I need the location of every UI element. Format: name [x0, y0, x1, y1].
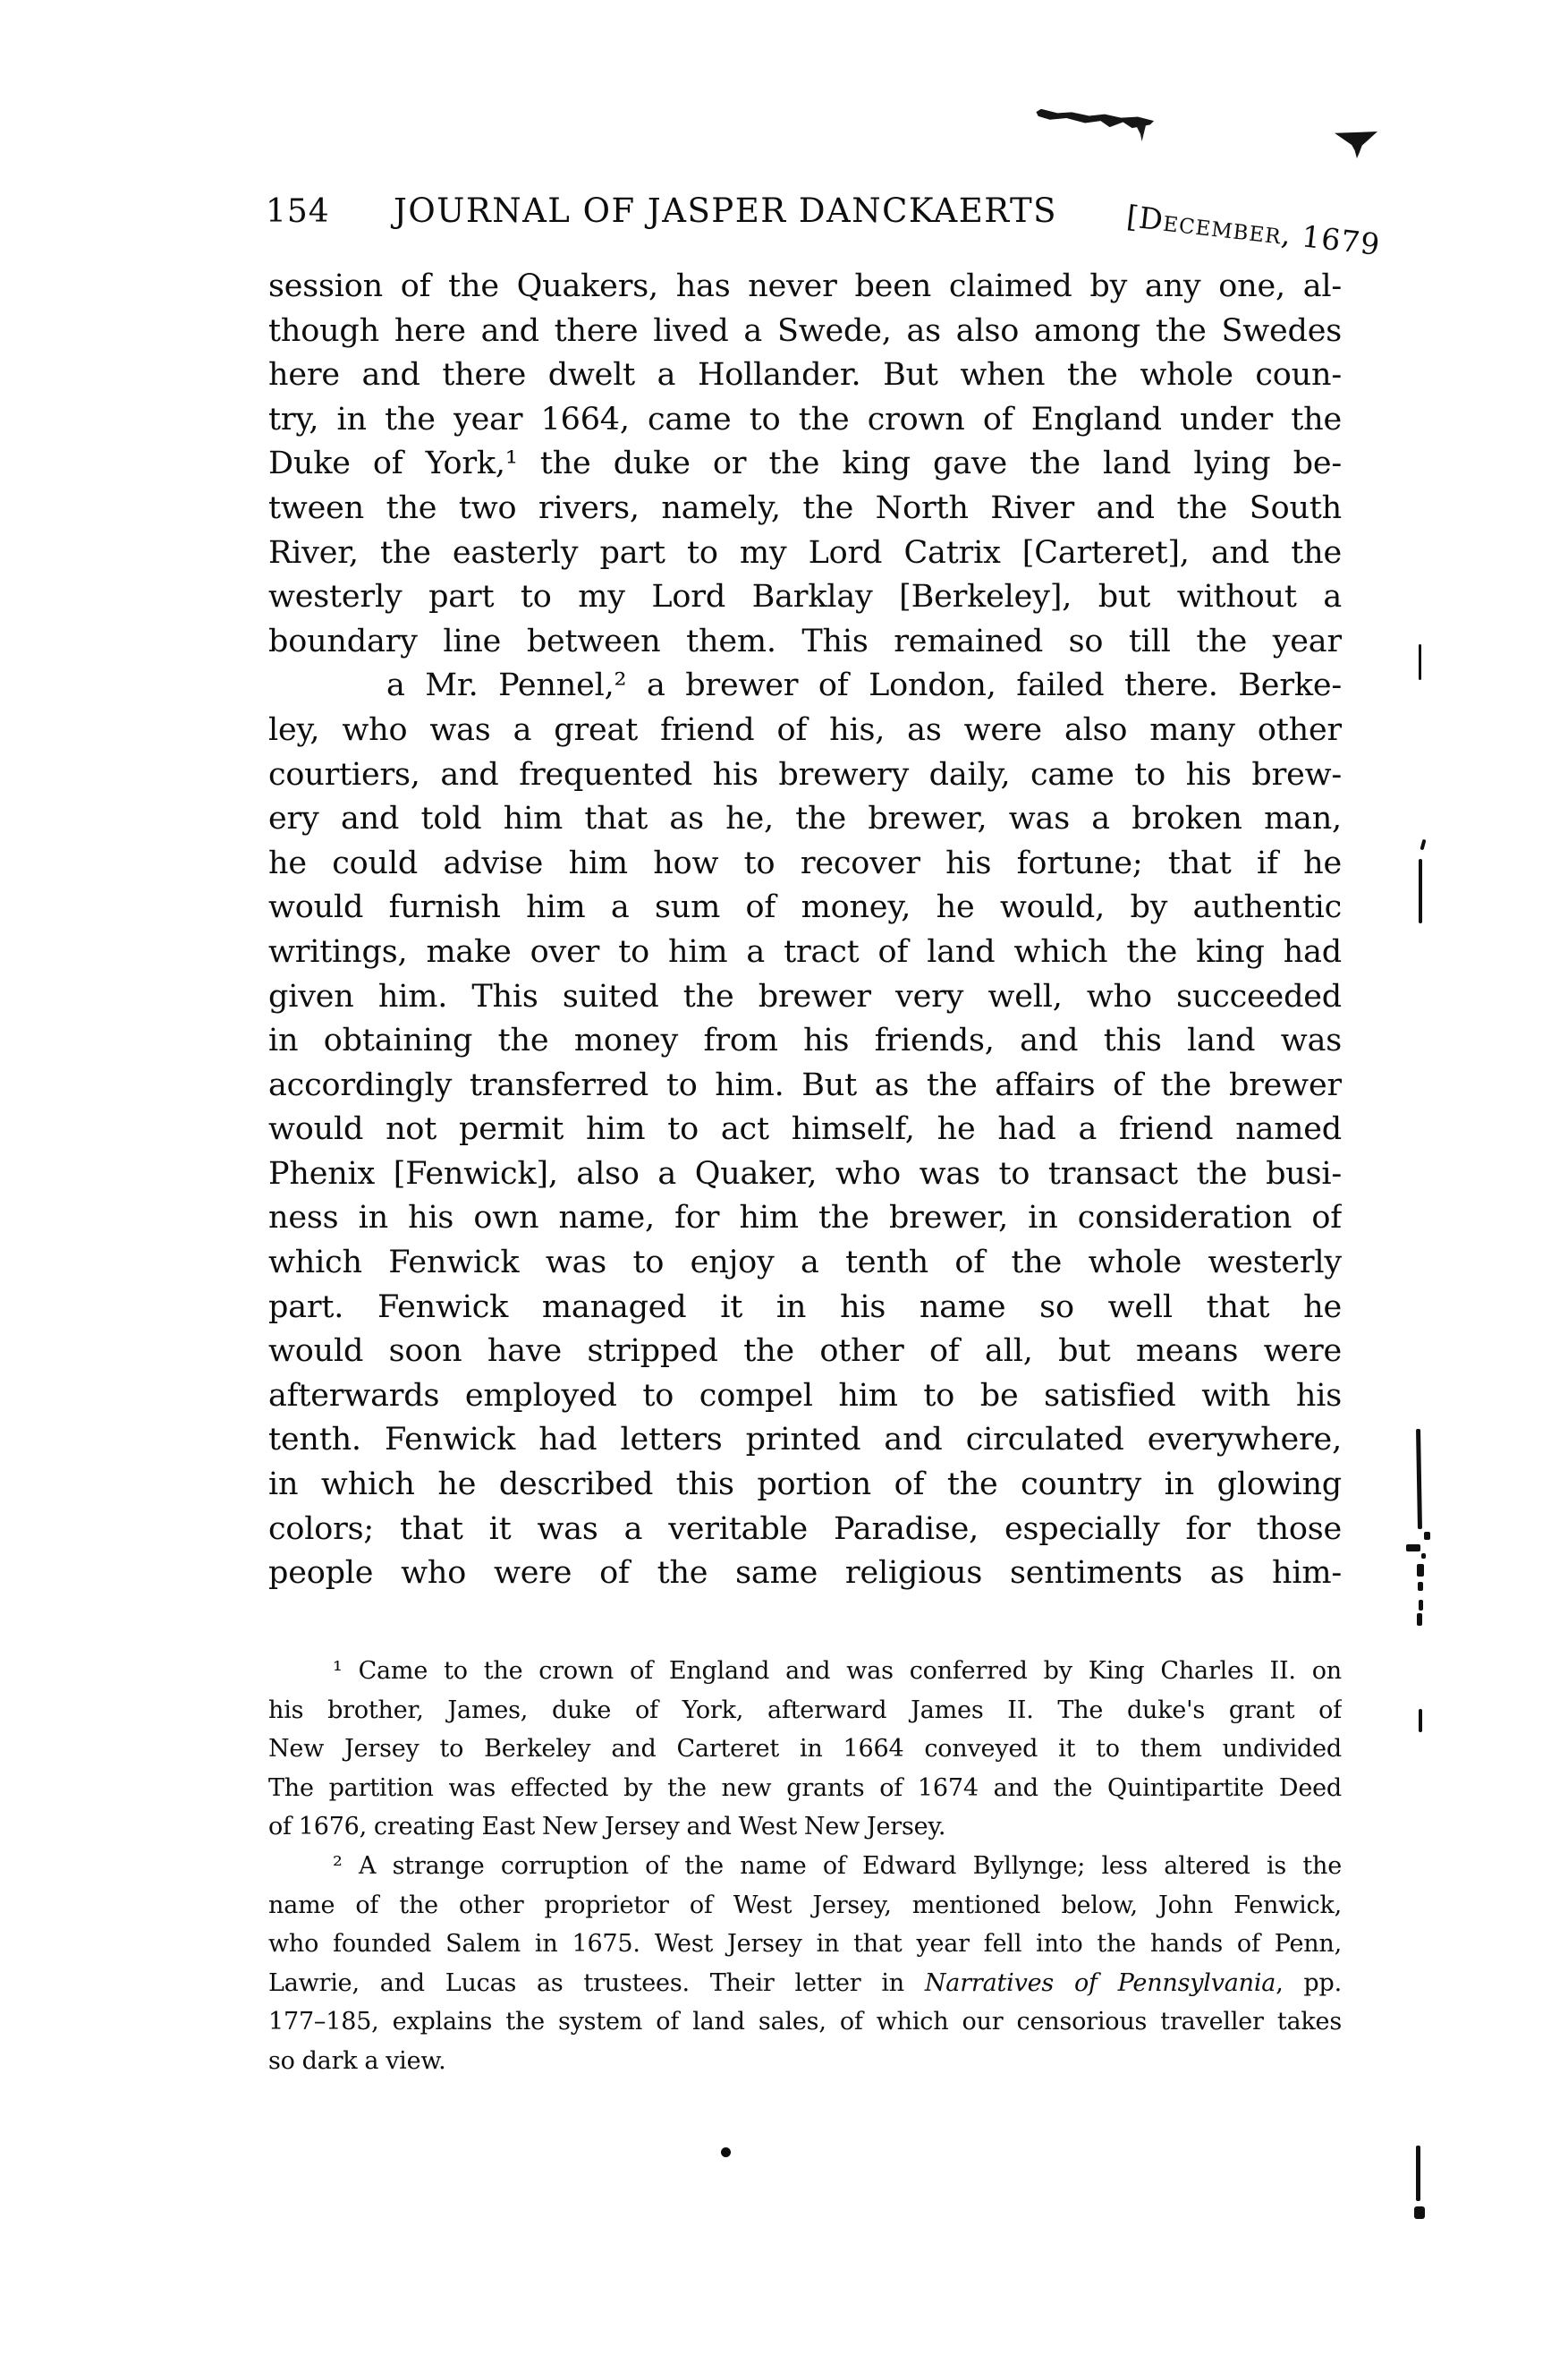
- body-line: in obtaining the money from his friends,…: [268, 1019, 1342, 1064]
- footnote-line: name of the other proprietor of West Jer…: [268, 1886, 1342, 1925]
- footnote-text: , pp.: [1276, 1969, 1342, 1997]
- ink-speck: [1406, 1544, 1420, 1551]
- ink-mark: [1416, 1429, 1422, 1529]
- body-line: tween the two rivers, namely, the North …: [268, 487, 1342, 531]
- ink-blot-triangle: [1335, 132, 1377, 158]
- footnote-line: ² A strange corruption of the name of Ed…: [268, 1847, 1342, 1886]
- ink-speck: [1418, 1582, 1423, 1591]
- body-line: boundary line between them. This remaine…: [268, 620, 1342, 665]
- ink-smudge-drip: [1136, 125, 1146, 141]
- footnote-line: New Jersey to Berkeley and Carteret in 1…: [268, 1730, 1342, 1769]
- header-date: [December, 1679: [1125, 199, 1383, 262]
- body-line: ley, who was a great friend of his, as w…: [268, 709, 1342, 753]
- body-text: session of the Quakers, has never been c…: [268, 265, 1342, 1596]
- body-line: westerly part to my Lord Barklay [Berkel…: [268, 575, 1342, 620]
- ink-mark: [1419, 859, 1422, 923]
- body-line: try, in the year 1664, came to the crown…: [268, 398, 1342, 443]
- footnote-line: his brother, James, duke of York, afterw…: [268, 1691, 1342, 1730]
- ink-speck: [1419, 1600, 1423, 1611]
- body-line: here and there dwelt a Hollander. But wh…: [268, 353, 1342, 398]
- ink-dot: [721, 2147, 731, 2157]
- footnote-line: who founded Salem in 1675. West Jersey i…: [268, 1925, 1342, 1964]
- footnotes: ¹ Came to the crown of England and was c…: [268, 1652, 1342, 2081]
- footnote-line-with-italic: Lawrie, and Lucas as trustees. Their let…: [268, 1964, 1342, 2003]
- body-line: part. Fenwick managed it in his name so …: [268, 1286, 1342, 1330]
- scanned-book-page: { "page": { "number": "154", "header_tit…: [0, 0, 1568, 2363]
- ink-blob: [1414, 2206, 1425, 2219]
- body-line: which Fenwick was to enjoy a tenth of th…: [268, 1241, 1342, 1286]
- footnote-italic-title: Narratives of Pennsylvania: [925, 1969, 1276, 1997]
- body-line: Duke of York,¹ the duke or the king gave…: [268, 442, 1342, 487]
- ink-speck: [1424, 1532, 1430, 1540]
- footnote-1: ¹ Came to the crown of England and was c…: [268, 1652, 1342, 1847]
- footnote-line: so dark a view.: [268, 2042, 1342, 2081]
- footnote-line: ¹ Came to the crown of England and was c…: [268, 1652, 1342, 1691]
- footnote-2: ² A strange corruption of the name of Ed…: [268, 1847, 1342, 2081]
- page-number: 154: [266, 193, 330, 230]
- body-line: would not permit him to act himself, he …: [268, 1108, 1342, 1152]
- body-line-paragraph-indent: a Mr. Pennel,² a brewer of London, faile…: [268, 664, 1342, 709]
- body-line: accordingly transferred to him. But as t…: [268, 1064, 1342, 1109]
- body-line: in which he described this portion of th…: [268, 1463, 1342, 1508]
- body-line: though here and there lived a Swede, as …: [268, 310, 1342, 354]
- body-line: ery and told him that as he, the brewer,…: [268, 797, 1342, 842]
- body-line: he could advise him how to recover his f…: [268, 842, 1342, 887]
- footnote-line: of 1676, creating East New Jersey and We…: [268, 1807, 1342, 1847]
- footnote-line: 177–185, explains the system of land sal…: [268, 2002, 1342, 2042]
- body-line: would furnish him a sum of money, he wou…: [268, 886, 1342, 931]
- footnote-text: Lawrie, and Lucas as trustees. Their let…: [268, 1969, 925, 1997]
- ink-speck: [1417, 1564, 1424, 1577]
- ink-mark: [1419, 1709, 1422, 1732]
- ink-speck: [1417, 1613, 1422, 1626]
- body-line: Phenix [Fenwick], also a Quaker, who was…: [268, 1152, 1342, 1197]
- body-line: tenth. Fenwick had letters printed and c…: [268, 1418, 1342, 1463]
- body-line: given him. This suited the brewer very w…: [268, 975, 1342, 1020]
- ink-mark: [1416, 2146, 1420, 2201]
- ink-smudge: [1036, 108, 1155, 130]
- body-line: would soon have stripped the other of al…: [268, 1330, 1342, 1374]
- footnote-line: The partition was effected by the new gr…: [268, 1769, 1342, 1808]
- body-line: courtiers, and frequented his brewery da…: [268, 753, 1342, 798]
- ink-mark: [1419, 644, 1421, 680]
- body-line: people who were of the same religious se…: [268, 1551, 1342, 1596]
- body-line: afterwards employed to compel him to be …: [268, 1374, 1342, 1419]
- body-line: River, the easterly part to my Lord Catr…: [268, 531, 1342, 576]
- body-line: ness in his own name, for him the brewer…: [268, 1196, 1342, 1241]
- body-line: writings, make over to him a tract of la…: [268, 931, 1342, 975]
- body-line: session of the Quakers, has never been c…: [268, 265, 1342, 310]
- page-title: JOURNAL OF JASPER DANCKAERTS: [394, 191, 1057, 230]
- ink-speck: [1421, 1553, 1426, 1559]
- ink-mark: [1420, 839, 1427, 851]
- body-line: colors; that it was a veritable Paradise…: [268, 1508, 1342, 1552]
